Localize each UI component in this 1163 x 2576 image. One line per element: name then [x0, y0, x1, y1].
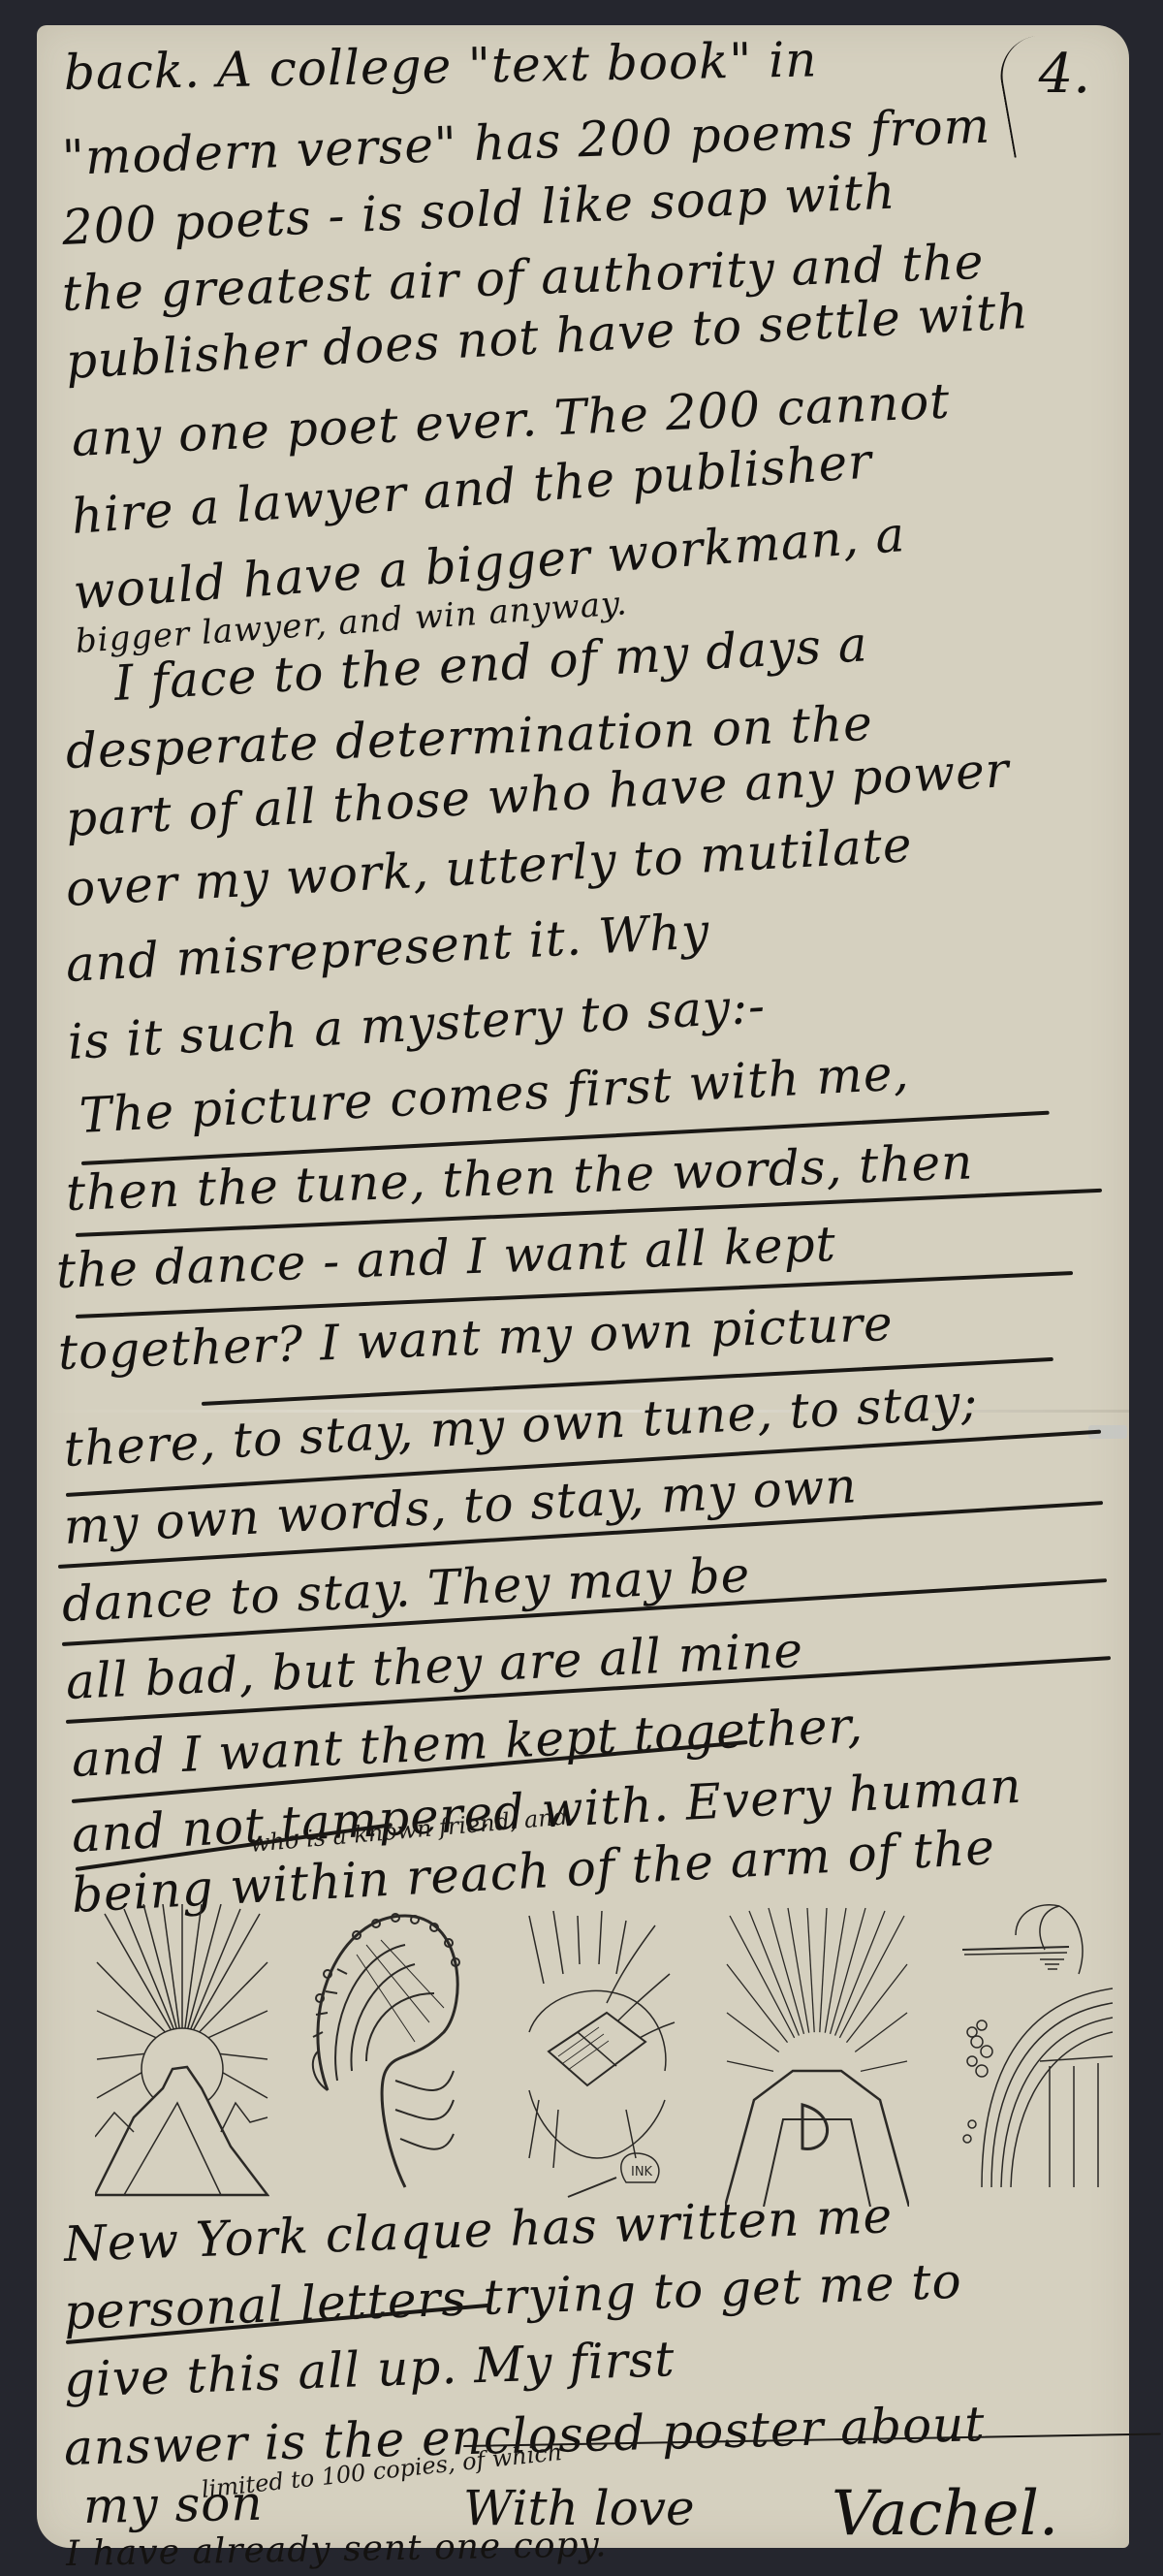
- ink-label: INK: [631, 2165, 653, 2179]
- signature: Vachel.: [832, 2478, 1058, 2550]
- letter-line: back. A college "text book" in: [63, 31, 817, 101]
- letter-page: 4. back. A college "text book" in "moder…: [37, 25, 1129, 2548]
- ornate-plume-icon: [299, 1896, 473, 2197]
- letter-line: give this all up. My first: [63, 2331, 676, 2408]
- letter-line-underlined: together? I want my own picture: [57, 1295, 895, 1381]
- page-number: 4.: [1039, 43, 1090, 106]
- open-book-icon: INK: [510, 1906, 684, 2207]
- postscript: I have already sent one copy.: [66, 2525, 608, 2574]
- sunrise-mountain-icon: [95, 1904, 269, 2205]
- sunburst-letter-d-icon: [725, 1906, 909, 2207]
- letter-line: and misrepresent it. Why: [64, 903, 710, 993]
- illustration-strip: INK: [56, 1896, 1113, 2207]
- moon-waterfall-icon: [943, 1896, 1117, 2197]
- letter-line-underlined: then the tune, then the words, then: [65, 1133, 974, 1222]
